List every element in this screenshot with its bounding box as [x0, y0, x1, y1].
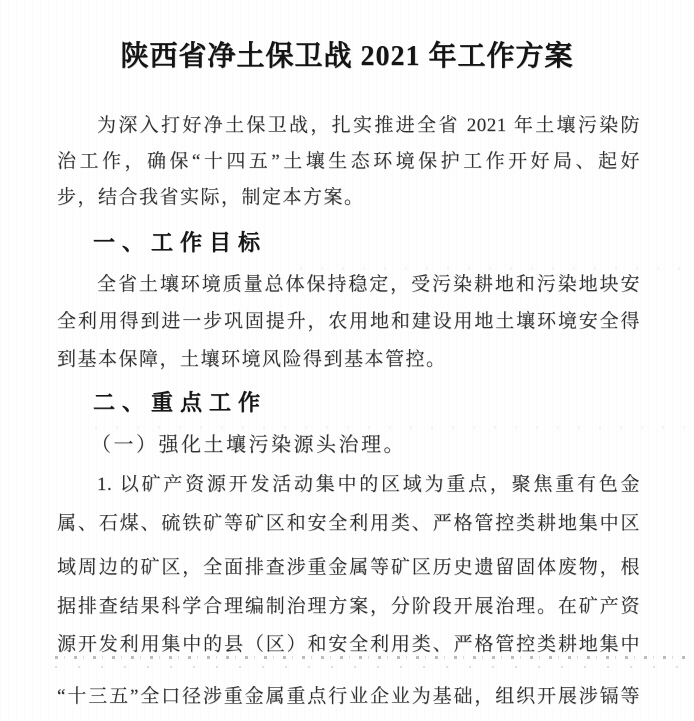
- section-heading-2: 二、重点工作: [93, 388, 653, 418]
- task-paragraph-line-3: 域周边的矿区，全面排查涉重金属等矿区历史遗留固体废物，根: [57, 553, 640, 583]
- task-paragraph-line-1: 1. 以矿产资源开发活动集中的区域为重点，聚焦重有色金: [97, 470, 640, 500]
- faded-text-artifact-row-1: [55, 656, 690, 659]
- intro-paragraph-line-2: 治工作，确保“十四五”土壤生态环境保护工作开好局、起好: [57, 147, 640, 177]
- goal-paragraph-line-1: 全省土壤环境质量总体保持稳定，受污染耕地和污染地块安: [97, 270, 640, 300]
- faded-text-artifact: [55, 656, 690, 672]
- scan-noise-artifact: [95, 426, 690, 429]
- task-paragraph-line-2: 属、石煤、硫铁矿等矿区和安全利用类、严格管控类耕地集中区: [57, 509, 640, 539]
- task-paragraph-line-6: “十三五”全口径涉重金属重点行业企业为基础，组织开展涉镉等: [57, 682, 640, 712]
- intro-paragraph-line-3: 步，结合我省实际，制定本方案。: [57, 183, 640, 213]
- section-heading-1: 一、工作目标: [93, 228, 653, 258]
- scan-noise-artifact: [300, 267, 690, 270]
- faded-text-artifact-row-2: [55, 666, 690, 668]
- scanned-document-page: 陕西省净土保卫战 2021 年工作方案 为深入打好净土保卫战，扎实推进全省 20…: [0, 0, 694, 721]
- goal-paragraph-line-2: 全利用得到进一步巩固提升，农用地和建设用地土壤环境安全得: [57, 307, 640, 337]
- intro-paragraph-line-1: 为深入打好净土保卫战，扎实推进全省 2021 年土壤污染防: [97, 111, 640, 141]
- document-title: 陕西省净土保卫战 2021 年工作方案: [0, 40, 694, 74]
- goal-paragraph-line-3: 到基本保障，土壤环境风险得到基本管控。: [57, 345, 640, 375]
- task-paragraph-line-4: 据排查结果科学合理编制治理方案，分阶段开展治理。在矿产资: [57, 592, 640, 622]
- subsection-heading: （一）强化土壤污染源头治理。: [91, 430, 651, 460]
